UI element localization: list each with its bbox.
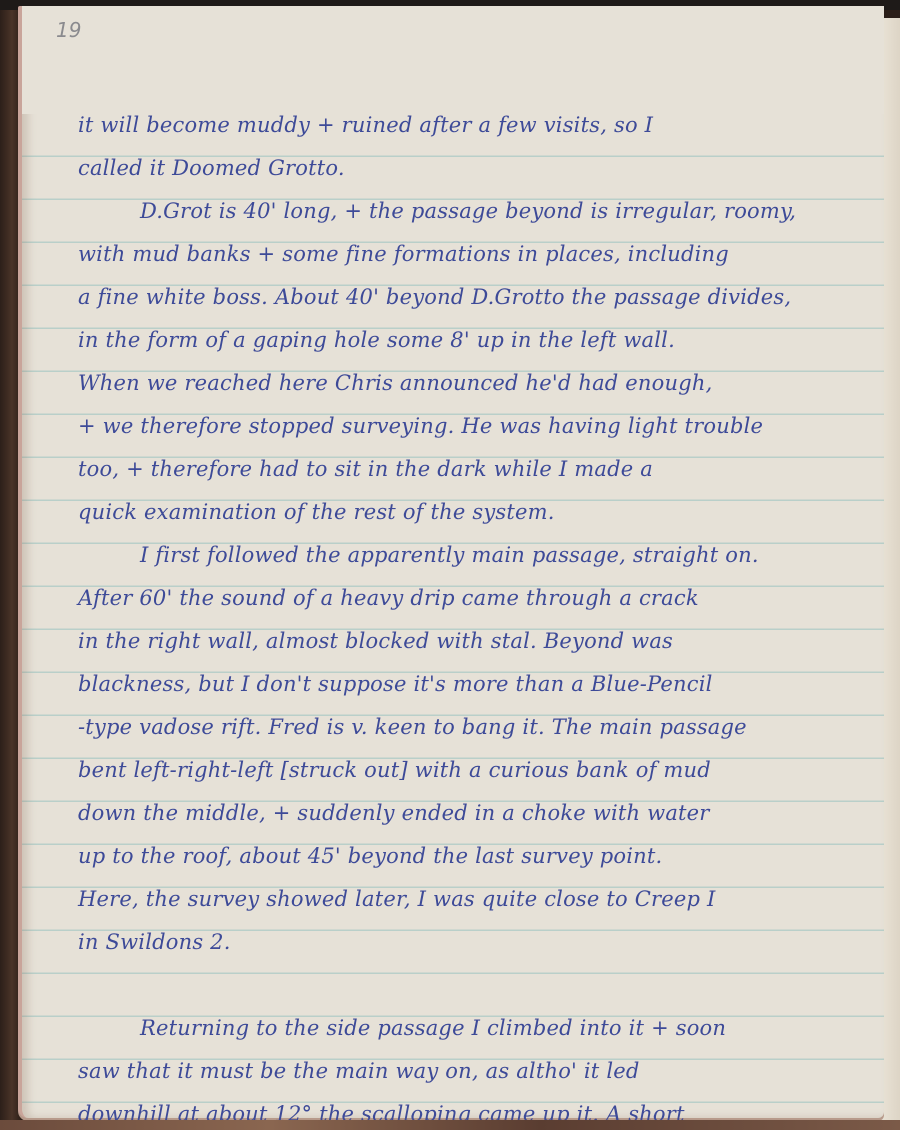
text-line: Here, the survey showed later, I was qui…	[78, 878, 878, 921]
notebook-page: 19 it will become muddy + ruined after a…	[18, 6, 884, 1118]
notebook-photo: 19 it will become muddy + ruined after a…	[0, 0, 900, 1130]
handwritten-text: it will become muddy + ruined after a fe…	[78, 104, 878, 1130]
page-number: 19	[56, 18, 81, 42]
paragraph-gap	[78, 964, 878, 1007]
text-line: it will become muddy + ruined after a fe…	[78, 104, 878, 147]
text-line: down the middle, + suddenly ended in a c…	[78, 792, 878, 835]
text-line: in the right wall, almost blocked with s…	[78, 620, 878, 663]
text-line: I first followed the apparently main pas…	[78, 534, 878, 577]
text-line: Returning to the side passage I climbed …	[78, 1007, 878, 1050]
text-line: blackness, but I don't suppose it's more…	[78, 663, 878, 706]
text-line: with mud banks + some fine formations in…	[78, 233, 878, 276]
text-line: + we therefore stopped surveying. He was…	[78, 405, 878, 448]
text-line: D.Grot is 40' long, + the passage beyond…	[78, 190, 878, 233]
text-line: in the form of a gaping hole some 8' up …	[78, 319, 878, 362]
text-line: up to the roof, about 45' beyond the las…	[78, 835, 878, 878]
table-surface	[0, 1120, 900, 1130]
text-line: quick examination of the rest of the sys…	[78, 491, 878, 534]
text-line: After 60' the sound of a heavy drip came…	[78, 577, 878, 620]
text-line: bent left-right-left [struck out] with a…	[78, 749, 878, 792]
text-line: a fine white boss. About 40' beyond D.Gr…	[78, 276, 878, 319]
text-line: saw that it must be the main way on, as …	[78, 1050, 878, 1093]
text-line: When we reached here Chris announced he'…	[78, 362, 878, 405]
text-line: -type vadose rift. Fred is v. keen to ba…	[78, 706, 878, 749]
text-line: in Swildons 2.	[78, 921, 878, 964]
text-line: called it Doomed Grotto.	[78, 147, 878, 190]
text-line: too, + therefore had to sit in the dark …	[78, 448, 878, 491]
